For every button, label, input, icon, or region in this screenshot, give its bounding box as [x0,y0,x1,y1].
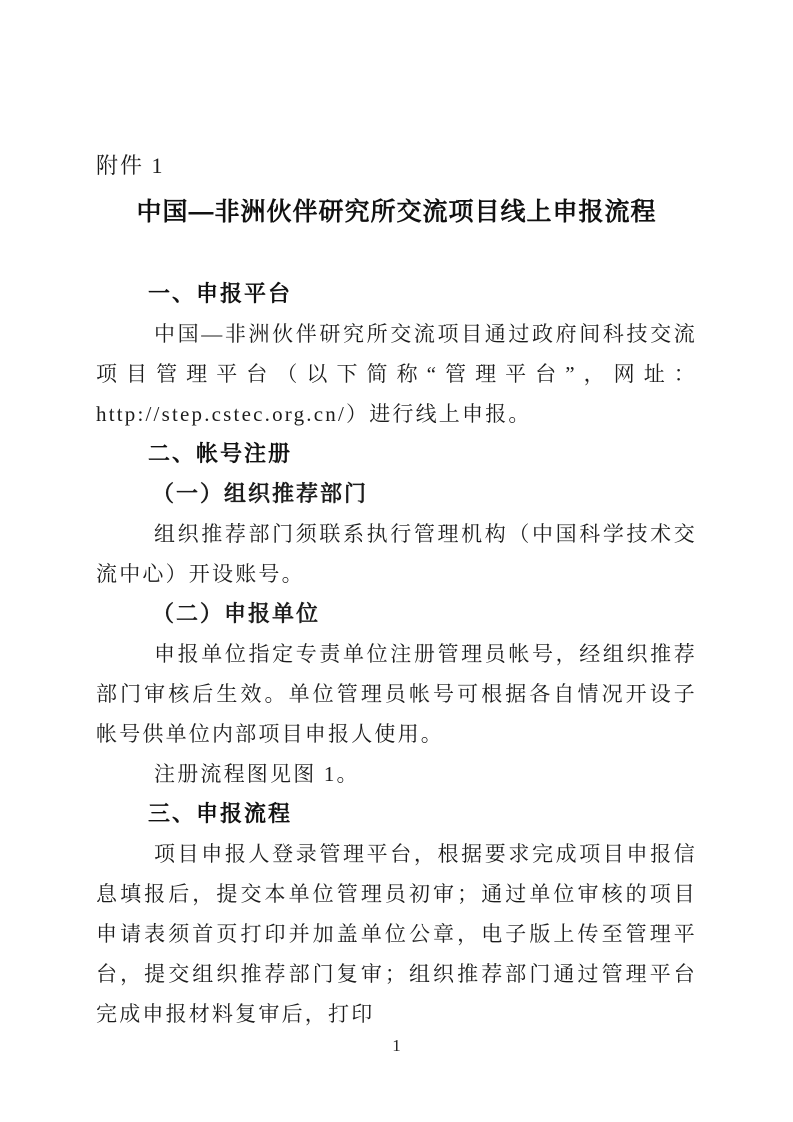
subsection-2-1-paragraph: 组织推荐部门须联系执行管理机构（中国科学技术交流中心）开设账号。 [96,514,697,594]
section-heading-3: 三、申报流程 [96,794,697,834]
section-heading-2: 二、帐号注册 [96,434,697,474]
section-1-paragraph: 中国—非洲伙伴研究所交流项目通过政府间科技交流项目管理平台（以下简称“管理平台”… [96,314,697,434]
document-title: 中国—非洲伙伴研究所交流项目线上申报流程 [96,194,697,230]
figure-reference-note: 注册流程图见图 1。 [96,754,697,794]
attachment-label: 附件 1 [96,150,697,182]
section-3-paragraph: 项目申报人登录管理平台，根据要求完成项目申报信息填报后，提交本单位管理员初审；通… [96,834,697,1034]
document-content: 附件 1 中国—非洲伙伴研究所交流项目线上申报流程 一、申报平台 中国—非洲伙伴… [96,150,697,1034]
page-number: 1 [0,1036,793,1056]
subsection-2-2-paragraph: 申报单位指定专责单位注册管理员帐号，经组织推荐部门审核后生效。单位管理员帐号可根… [96,634,697,754]
document-page: 附件 1 中国—非洲伙伴研究所交流项目线上申报流程 一、申报平台 中国—非洲伙伴… [0,0,793,1122]
section-heading-1: 一、申报平台 [96,274,697,314]
subsection-heading-2-2: （二）申报单位 [96,594,697,634]
subsection-heading-2-1: （一）组织推荐部门 [96,474,697,514]
